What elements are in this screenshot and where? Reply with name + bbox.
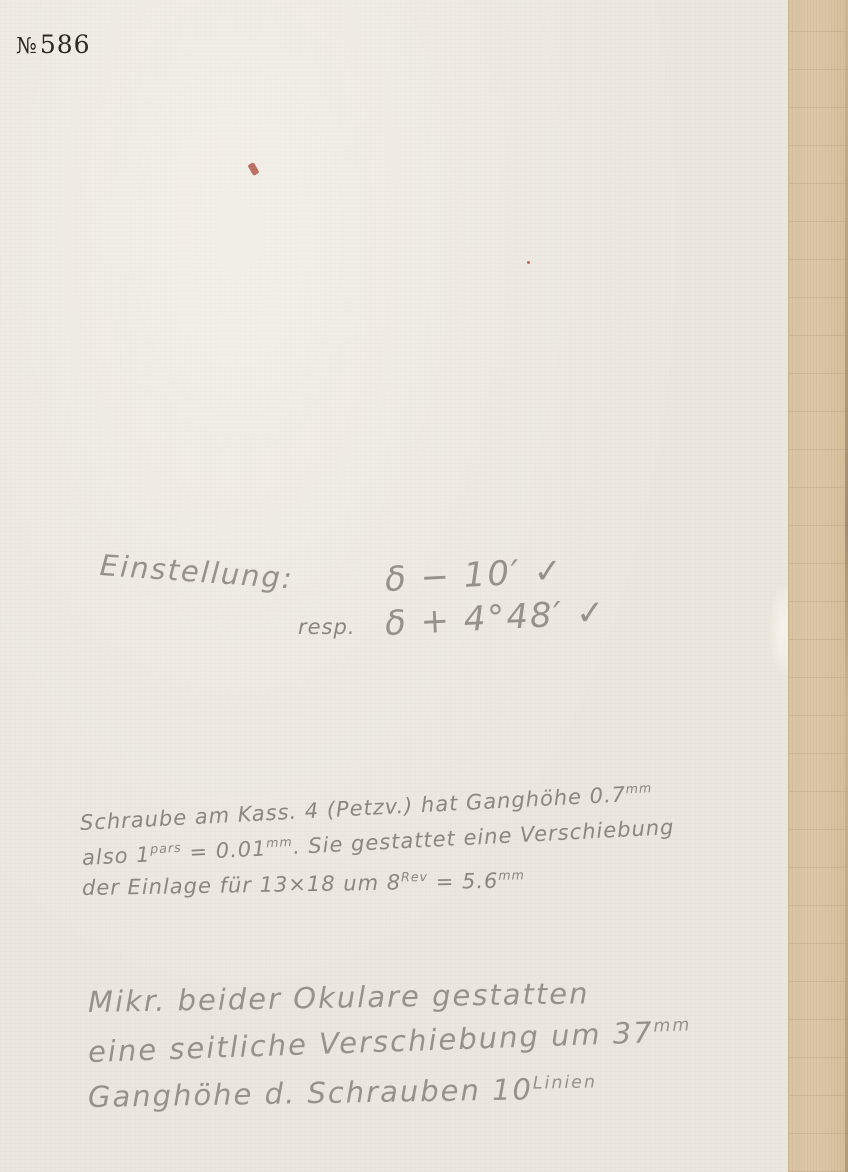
unit-mm: mm xyxy=(653,1015,692,1036)
micrometer-note-line-2: eine seitliche Verschiebung um 37mm xyxy=(87,1014,692,1069)
unit-linien: Linien xyxy=(533,1072,597,1093)
screw-note-line-3: der Einlage für 13×18 um 8Rev = 5.6mm xyxy=(82,867,525,900)
unit-mm: mm xyxy=(625,780,652,796)
screw-note-line-3-a: der Einlage für 13×18 um 8 xyxy=(82,870,402,900)
settings-value-2: δ + 4°48′ ✓ xyxy=(384,592,608,644)
micrometer-note-line-3-a: Ganghöhe d. Schrauben 10 xyxy=(88,1072,534,1114)
micrometer-note-line-1: Mikr. beider Okulare gestatten xyxy=(88,976,590,1019)
settings-label: Einstellung: xyxy=(99,548,295,595)
screw-note-line-2-a: also 1 xyxy=(81,842,151,870)
screw-note-line-2-b: = 0.01 xyxy=(189,836,267,864)
screw-note-line-3-b: = 5.6 xyxy=(436,869,499,894)
micrometer-note-line-3: Ganghöhe d. Schrauben 10Linien xyxy=(88,1071,598,1114)
unit-pars: pars xyxy=(150,840,182,857)
numero-sign: № xyxy=(16,34,38,59)
page-number-value: 586 xyxy=(40,30,91,59)
red-ink-mark xyxy=(247,162,259,176)
screw-note-line-2-c: . Sie gestattet eine Verschiebung xyxy=(292,815,675,859)
book-spine xyxy=(788,0,848,1172)
page-number: №586 xyxy=(16,30,91,59)
settings-resp-label: resp. xyxy=(298,615,356,639)
micrometer-note-line-2-a: eine seitliche Verschiebung um 37 xyxy=(87,1015,654,1069)
unit-rev: Rev xyxy=(401,869,428,884)
settings-value-1: δ − 10′ ✓ xyxy=(384,551,565,600)
unit-mm: mm xyxy=(266,834,293,850)
notebook-page: №586 Einstellung: δ − 10′ ✓ resp. δ + 4°… xyxy=(0,0,788,1172)
unit-mm: mm xyxy=(498,867,525,882)
red-ink-dot xyxy=(527,261,530,264)
